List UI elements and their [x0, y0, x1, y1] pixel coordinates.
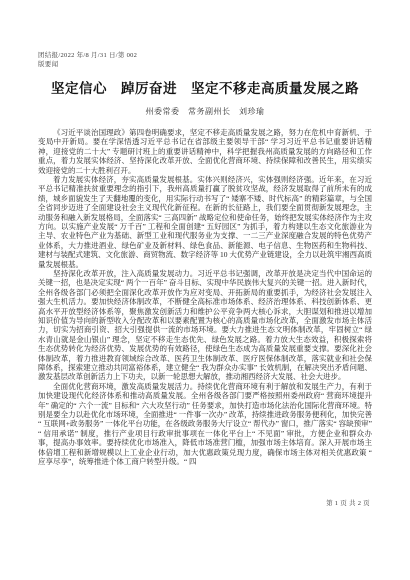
publication-info: 团结报/2022 年/8 月/31 日/第 002 版要闻 [38, 52, 372, 69]
article-byline: 州委常委 常务副州长 刘珍瑜 [38, 106, 372, 117]
article-body: 《习近平谈治国理政》第四卷明确要求，坚定不移走高质量发展之路，努力在危机中育新机… [38, 128, 372, 467]
paragraph-4: 全面优化营商环境，激发高质量发展活力。持续优化营商环境有利于解放和发展生产力，有… [38, 382, 372, 467]
page-indicator: 第 1 页 共 2 页 [326, 498, 370, 507]
paragraph-1: 《习近平谈治国理政》第四卷明确要求，坚定不移走高质量发展之路，努力在危机中育新机… [38, 128, 372, 175]
publication-date-line: 团结报/2022 年/8 月/31 日/第 002 [38, 52, 372, 61]
article-title: 坚定信心 踔厉奋进 坚定不移走高质量发展之路 [38, 81, 372, 98]
paragraph-2: 着力发展实体经济，夯实高质量发展根基。实体兴则经济兴，实体强则经济强。近年来，在… [38, 175, 372, 269]
document-page: 团结报/2022 年/8 月/31 日/第 002 版要闻 坚定信心 踔厉奋进 … [0, 0, 410, 580]
paragraph-3: 坚持深化改革开放，注入高质量发展动力。习近平总书记强调，改革开放是决定当代中国命… [38, 269, 372, 382]
publication-section-line: 版要闻 [38, 61, 372, 70]
